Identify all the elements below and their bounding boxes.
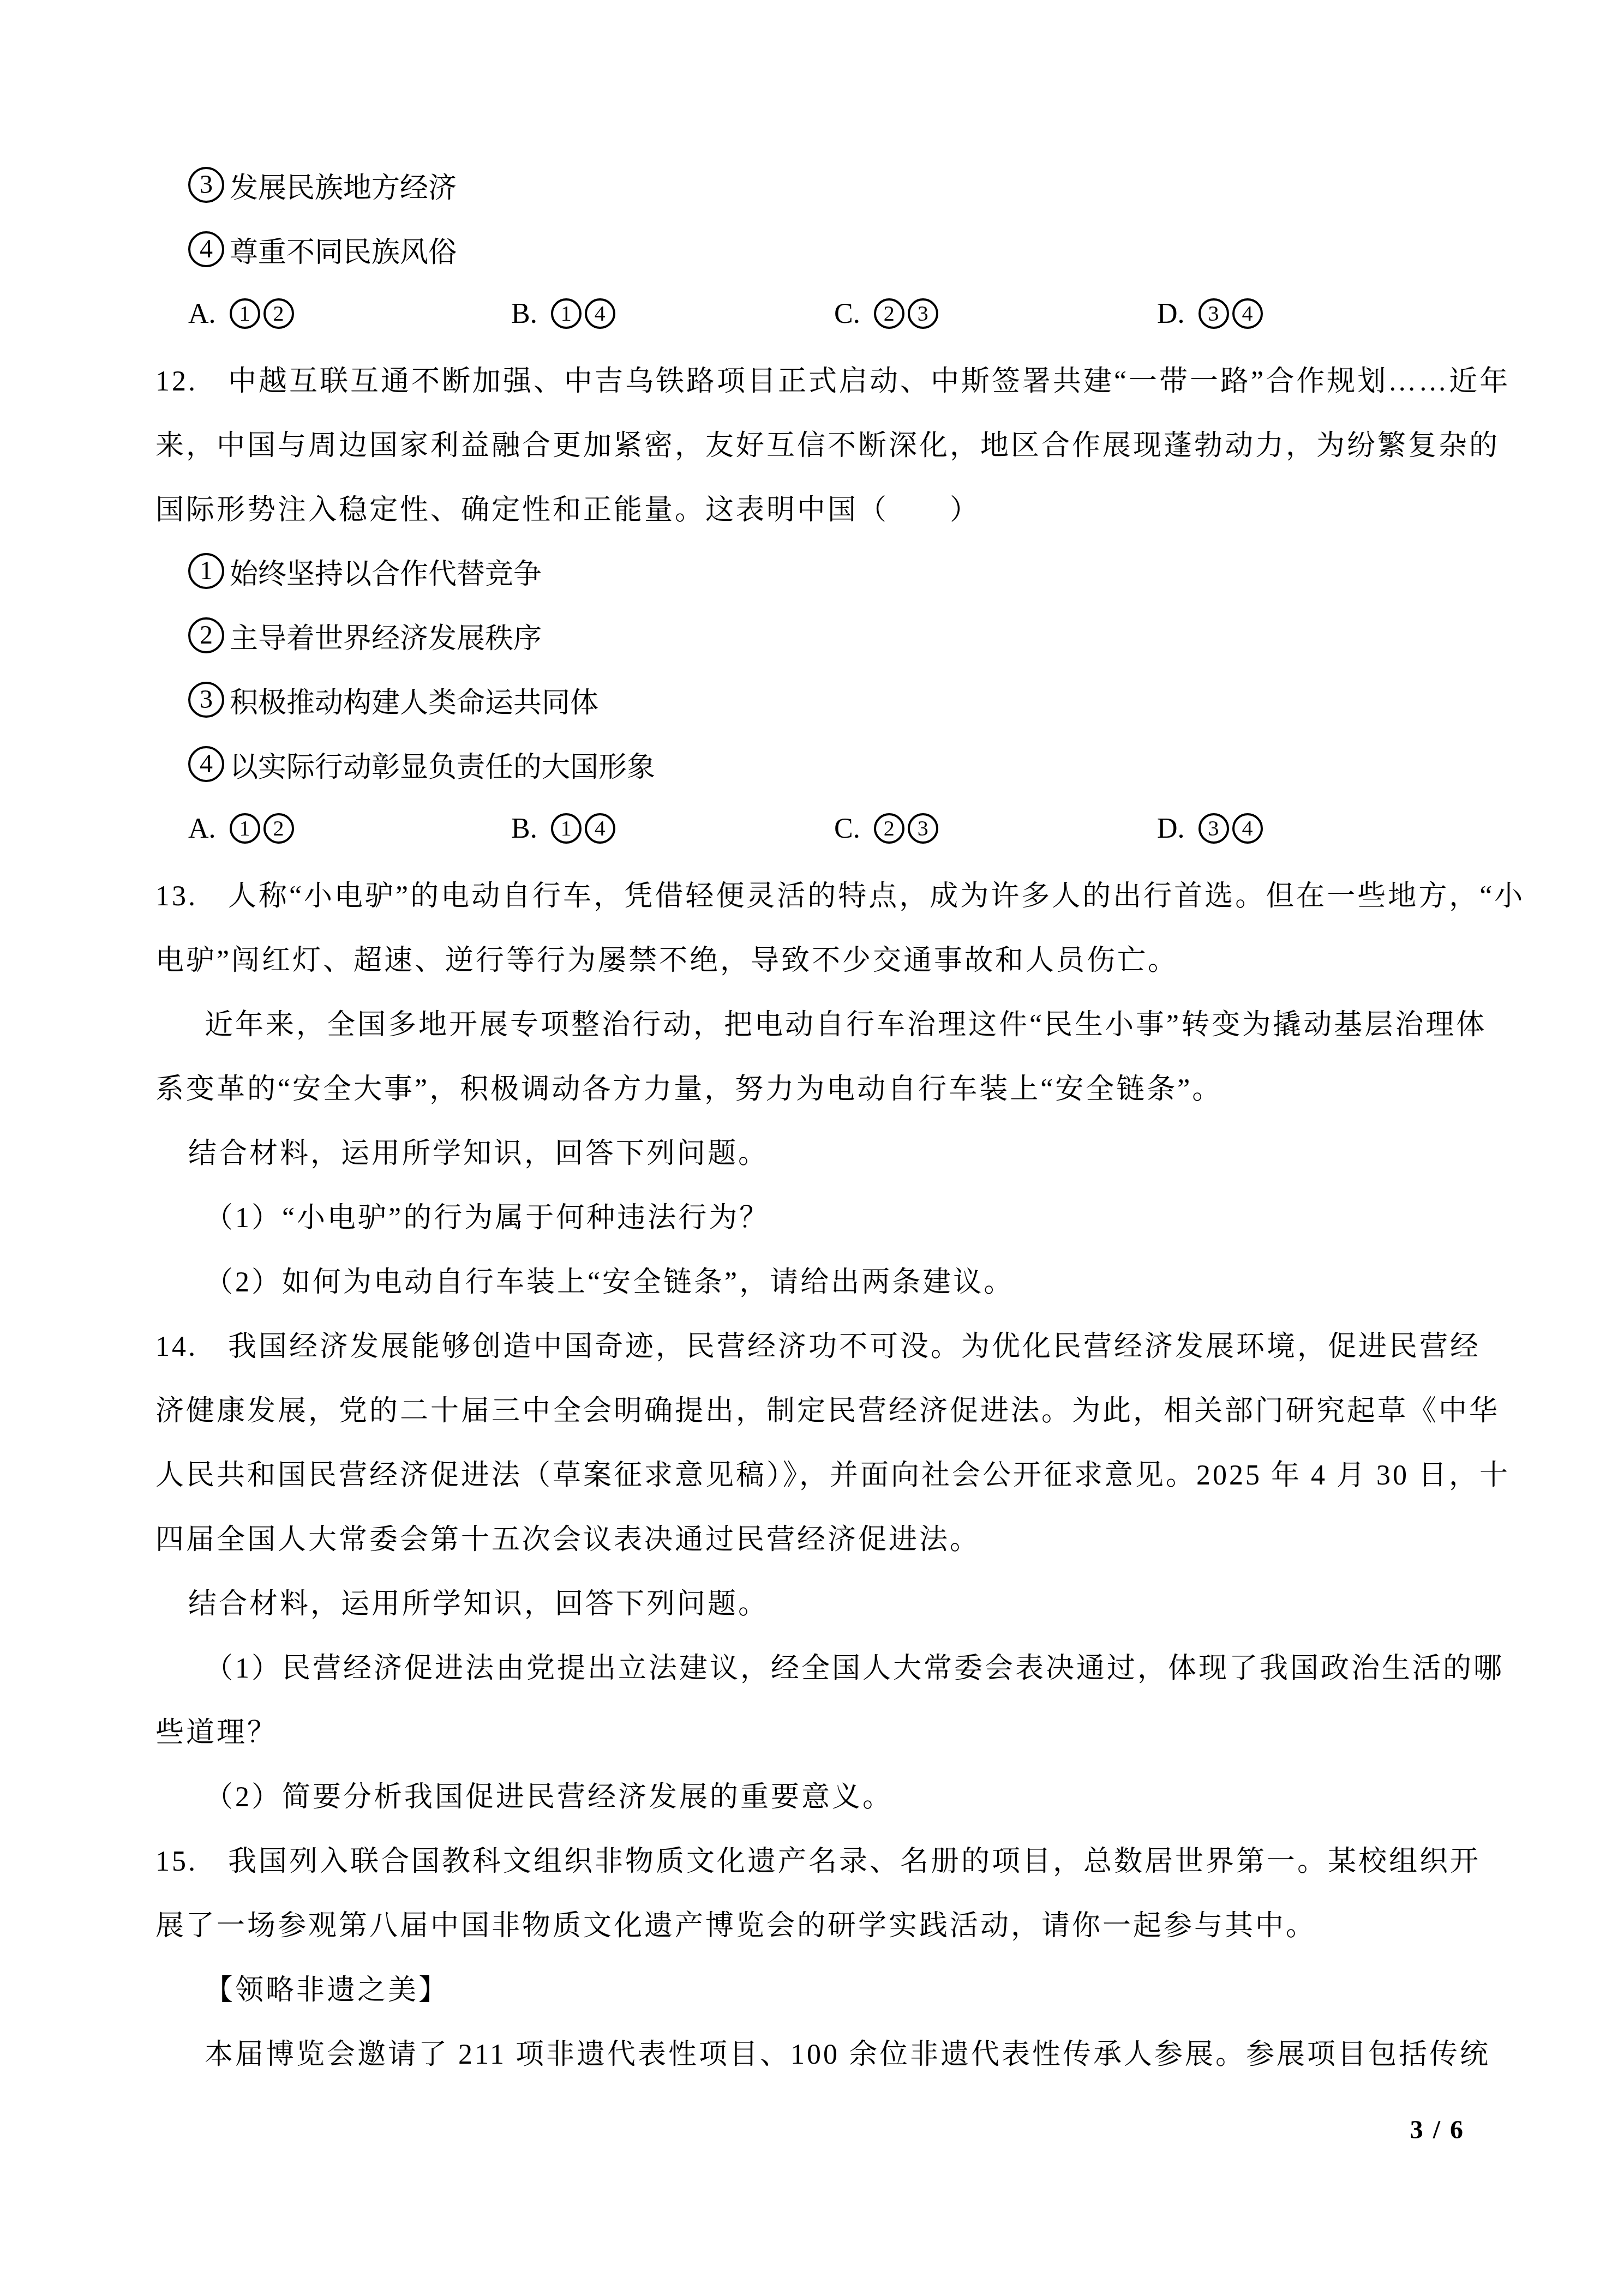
circled-number-icon: 1 bbox=[230, 813, 260, 844]
choice-item-text: 以实际行动彰显负责任的大国形象 bbox=[230, 744, 655, 785]
circled-number-icon: 2 bbox=[188, 617, 224, 653]
question-13-subquestion-2: （2）如何为电动自行车装上“安全链条”，请给出两条建议。 bbox=[155, 1247, 1470, 1311]
circled-number-icon: 2 bbox=[874, 298, 904, 329]
question-14-subquestion-1: （1）民营经济促进法由党提出立法建议，经全国人大常委会表决通过，体现了我国政治生… bbox=[155, 1633, 1470, 1697]
choice-item-text: 积极推动构建人类命运共同体 bbox=[230, 680, 598, 720]
option-letter: A. bbox=[188, 298, 216, 330]
question-14-text-line: 14. 我国经济发展能够创造中国奇迹，民营经济功不可没。为优化民营经济发展环境，… bbox=[155, 1311, 1470, 1375]
question-15-text-line: 展了一场参观第八届中国非物质文化遗产博览会的研学实践活动，请你一起参与其中。 bbox=[155, 1890, 1470, 1955]
circled-number-icon: 1 bbox=[188, 553, 224, 589]
circled-number-icon: 4 bbox=[585, 813, 615, 844]
page-body: 3 发展民族地方经济 4 尊重不同民族风俗 A. 1 2 B. 1 4 C. 2… bbox=[155, 153, 1470, 2083]
circled-number-icon: 1 bbox=[551, 298, 582, 329]
choice-item-text: 始终坚持以合作代替竞争 bbox=[230, 551, 542, 592]
option-letter: B. bbox=[511, 298, 537, 330]
question-12-text-line: 来，中国与周边国家利益融合更加紧密，友好互信不断深化，地区合作展现蓬勃动力，为纷… bbox=[155, 410, 1470, 474]
circled-number-icon: 2 bbox=[263, 298, 294, 329]
exam-paper-page: 3 发展民族地方经济 4 尊重不同民族风俗 A. 1 2 B. 1 4 C. 2… bbox=[0, 0, 1624, 2296]
choice-item: 3 发展民族地方经济 bbox=[155, 153, 1470, 217]
question-14-text-line: 济健康发展，党的二十届三中全会明确提出，制定民营经济促进法。为此，相关部门研究起… bbox=[155, 1375, 1470, 1440]
option-a: A. 1 2 bbox=[188, 813, 511, 845]
option-letter: A. bbox=[188, 813, 216, 845]
question-14-instruction-line: 结合材料，运用所学知识，回答下列问题。 bbox=[155, 1568, 1470, 1633]
question-12-text-line: 12. 中越互联互通不断加强、中吉乌铁路项目正式启动、中斯签署共建“一带一路”合… bbox=[155, 346, 1470, 410]
option-a: A. 1 2 bbox=[188, 298, 511, 330]
circled-number-icon: 2 bbox=[874, 813, 904, 844]
circled-number-icon: 4 bbox=[585, 298, 615, 329]
question-12-text-line: 国际形势注入稳定性、确定性和正能量。这表明中国（ ） bbox=[155, 474, 1470, 539]
circled-number-icon: 3 bbox=[188, 167, 224, 203]
option-letter: C. bbox=[834, 813, 860, 845]
option-letter: B. bbox=[511, 813, 537, 845]
choice-item-text: 发展民族地方经济 bbox=[230, 165, 457, 206]
question-13-text-line: 电驴”闯红灯、超速、逆行等行为屡禁不绝，导致不少交通事故和人员伤亡。 bbox=[155, 925, 1470, 989]
choice-item-text: 主导着世界经济发展秩序 bbox=[230, 615, 542, 656]
circled-number-icon: 4 bbox=[1232, 813, 1263, 844]
circled-number-icon: 4 bbox=[1232, 298, 1263, 329]
choice-item: 4 尊重不同民族风俗 bbox=[155, 217, 1470, 281]
circled-number-icon: 2 bbox=[263, 813, 294, 844]
circled-number-icon: 3 bbox=[1198, 813, 1229, 844]
question-15-section-tag: 【领略非遗之美】 bbox=[155, 1955, 1470, 2019]
option-b: B. 1 4 bbox=[511, 298, 834, 330]
page-number: 3 / 6 bbox=[1410, 2115, 1465, 2145]
circled-number-icon: 1 bbox=[551, 813, 582, 844]
question-14-text-line: 人民共和国民营经济促进法（草案征求意见稿）》，并面向社会公开征求意见。2025 … bbox=[155, 1440, 1470, 1504]
circled-number-icon: 4 bbox=[188, 746, 224, 782]
question-15-text-line: 本届博览会邀请了 211 项非遗代表性项目、100 余位非遗代表性传承人参展。参… bbox=[155, 2019, 1470, 2083]
circled-number-icon: 4 bbox=[188, 231, 224, 267]
option-letter: C. bbox=[834, 298, 860, 330]
question-13-subquestion-1: （1）“小电驴”的行为属于何种违法行为？ bbox=[155, 1182, 1470, 1247]
choice-item-text: 尊重不同民族风俗 bbox=[230, 229, 457, 270]
question-13-text-line: 近年来，全国多地开展专项整治行动，把电动自行车治理这件“民生小事”转变为撬动基层… bbox=[155, 989, 1470, 1054]
choice-item: 3 积极推动构建人类命运共同体 bbox=[155, 668, 1470, 732]
circled-number-icon: 3 bbox=[908, 813, 938, 844]
option-letter: D. bbox=[1157, 813, 1185, 845]
circled-number-icon: 3 bbox=[188, 682, 224, 718]
answer-options-row: A. 1 2 B. 1 4 C. 2 3 D. 3 4 bbox=[155, 796, 1470, 861]
answer-options-row: A. 1 2 B. 1 4 C. 2 3 D. 3 4 bbox=[155, 281, 1470, 346]
question-13-instruction-line: 结合材料，运用所学知识，回答下列问题。 bbox=[155, 1118, 1470, 1182]
question-13-text-line: 13. 人称“小电驴”的电动自行车，凭借轻便灵活的特点，成为许多人的出行首选。但… bbox=[155, 861, 1470, 925]
option-c: C. 2 3 bbox=[834, 813, 1157, 845]
circled-number-icon: 1 bbox=[230, 298, 260, 329]
option-letter: D. bbox=[1157, 298, 1185, 330]
option-d: D. 3 4 bbox=[1157, 298, 1265, 330]
option-b: B. 1 4 bbox=[511, 813, 834, 845]
circled-number-icon: 3 bbox=[908, 298, 938, 329]
choice-item: 2 主导着世界经济发展秩序 bbox=[155, 603, 1470, 668]
option-d: D. 3 4 bbox=[1157, 813, 1265, 845]
option-c: C. 2 3 bbox=[834, 298, 1157, 330]
circled-number-icon: 3 bbox=[1198, 298, 1229, 329]
question-13-text-line: 系变革的“安全大事”，积极调动各方力量，努力为电动自行车装上“安全链条”。 bbox=[155, 1054, 1470, 1118]
question-14-subquestion-1-continued: 些道理？ bbox=[155, 1697, 1470, 1762]
choice-item: 1 始终坚持以合作代替竞争 bbox=[155, 539, 1470, 603]
question-15-text-line: 15. 我国列入联合国教科文组织非物质文化遗产名录、名册的项目，总数居世界第一。… bbox=[155, 1826, 1470, 1890]
question-14-subquestion-2: （2）简要分析我国促进民营经济发展的重要意义。 bbox=[155, 1762, 1470, 1826]
choice-item: 4 以实际行动彰显负责任的大国形象 bbox=[155, 732, 1470, 796]
question-14-text-line: 四届全国人大常委会第十五次会议表决通过民营经济促进法。 bbox=[155, 1504, 1470, 1568]
